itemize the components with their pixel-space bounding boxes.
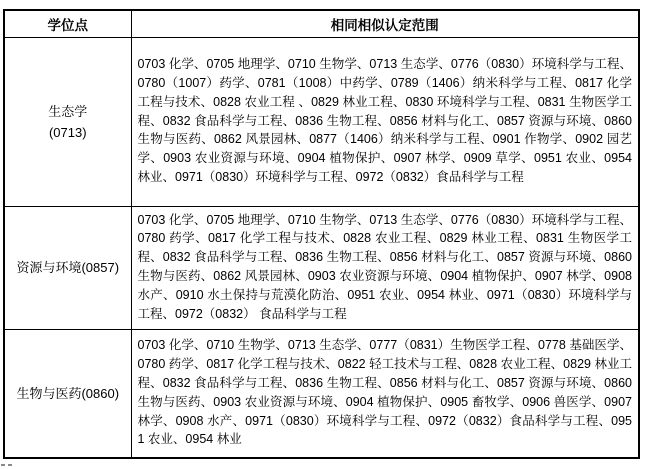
- degree-code: (0713): [6, 122, 130, 143]
- degree-name: 生态学: [6, 101, 130, 122]
- page-artifact-dots: [1, 464, 13, 467]
- degree-cell-biology-medicine: 生物与医药(0860): [4, 329, 131, 458]
- scope-cell-biology-medicine: 0703 化学、0710 生物学、0713 生态学、0777（0831）生物医学…: [131, 329, 639, 458]
- degree-name: 生物与医药(0860): [6, 383, 130, 404]
- table-row: 资源与环境(0857) 0703 化学、0705 地理学、0710 生物学、07…: [4, 206, 639, 329]
- header-similarity-scope: 相同相似认定范围: [131, 10, 639, 37]
- table-header-row: 学位点 相同相似认定范围: [4, 10, 639, 37]
- scope-cell-ecology: 0703 化学、0705 地理学、0710 生物学、0713 生态学、0776（…: [131, 37, 639, 206]
- degree-similarity-table: 学位点 相同相似认定范围 生态学 (0713) 0703 化学、0705 地理学…: [3, 9, 640, 459]
- scope-cell-resources-environment: 0703 化学、0705 地理学、0710 生物学、0713 生态学、0776（…: [131, 206, 639, 329]
- table-row: 生物与医药(0860) 0703 化学、0710 生物学、0713 生态学、07…: [4, 329, 639, 458]
- degree-name: 资源与环境(0857): [6, 257, 130, 278]
- table-row: 生态学 (0713) 0703 化学、0705 地理学、0710 生物学、071…: [4, 37, 639, 206]
- degree-cell-ecology: 生态学 (0713): [4, 37, 131, 206]
- degree-cell-resources-environment: 资源与环境(0857): [4, 206, 131, 329]
- header-degree-point: 学位点: [4, 10, 131, 37]
